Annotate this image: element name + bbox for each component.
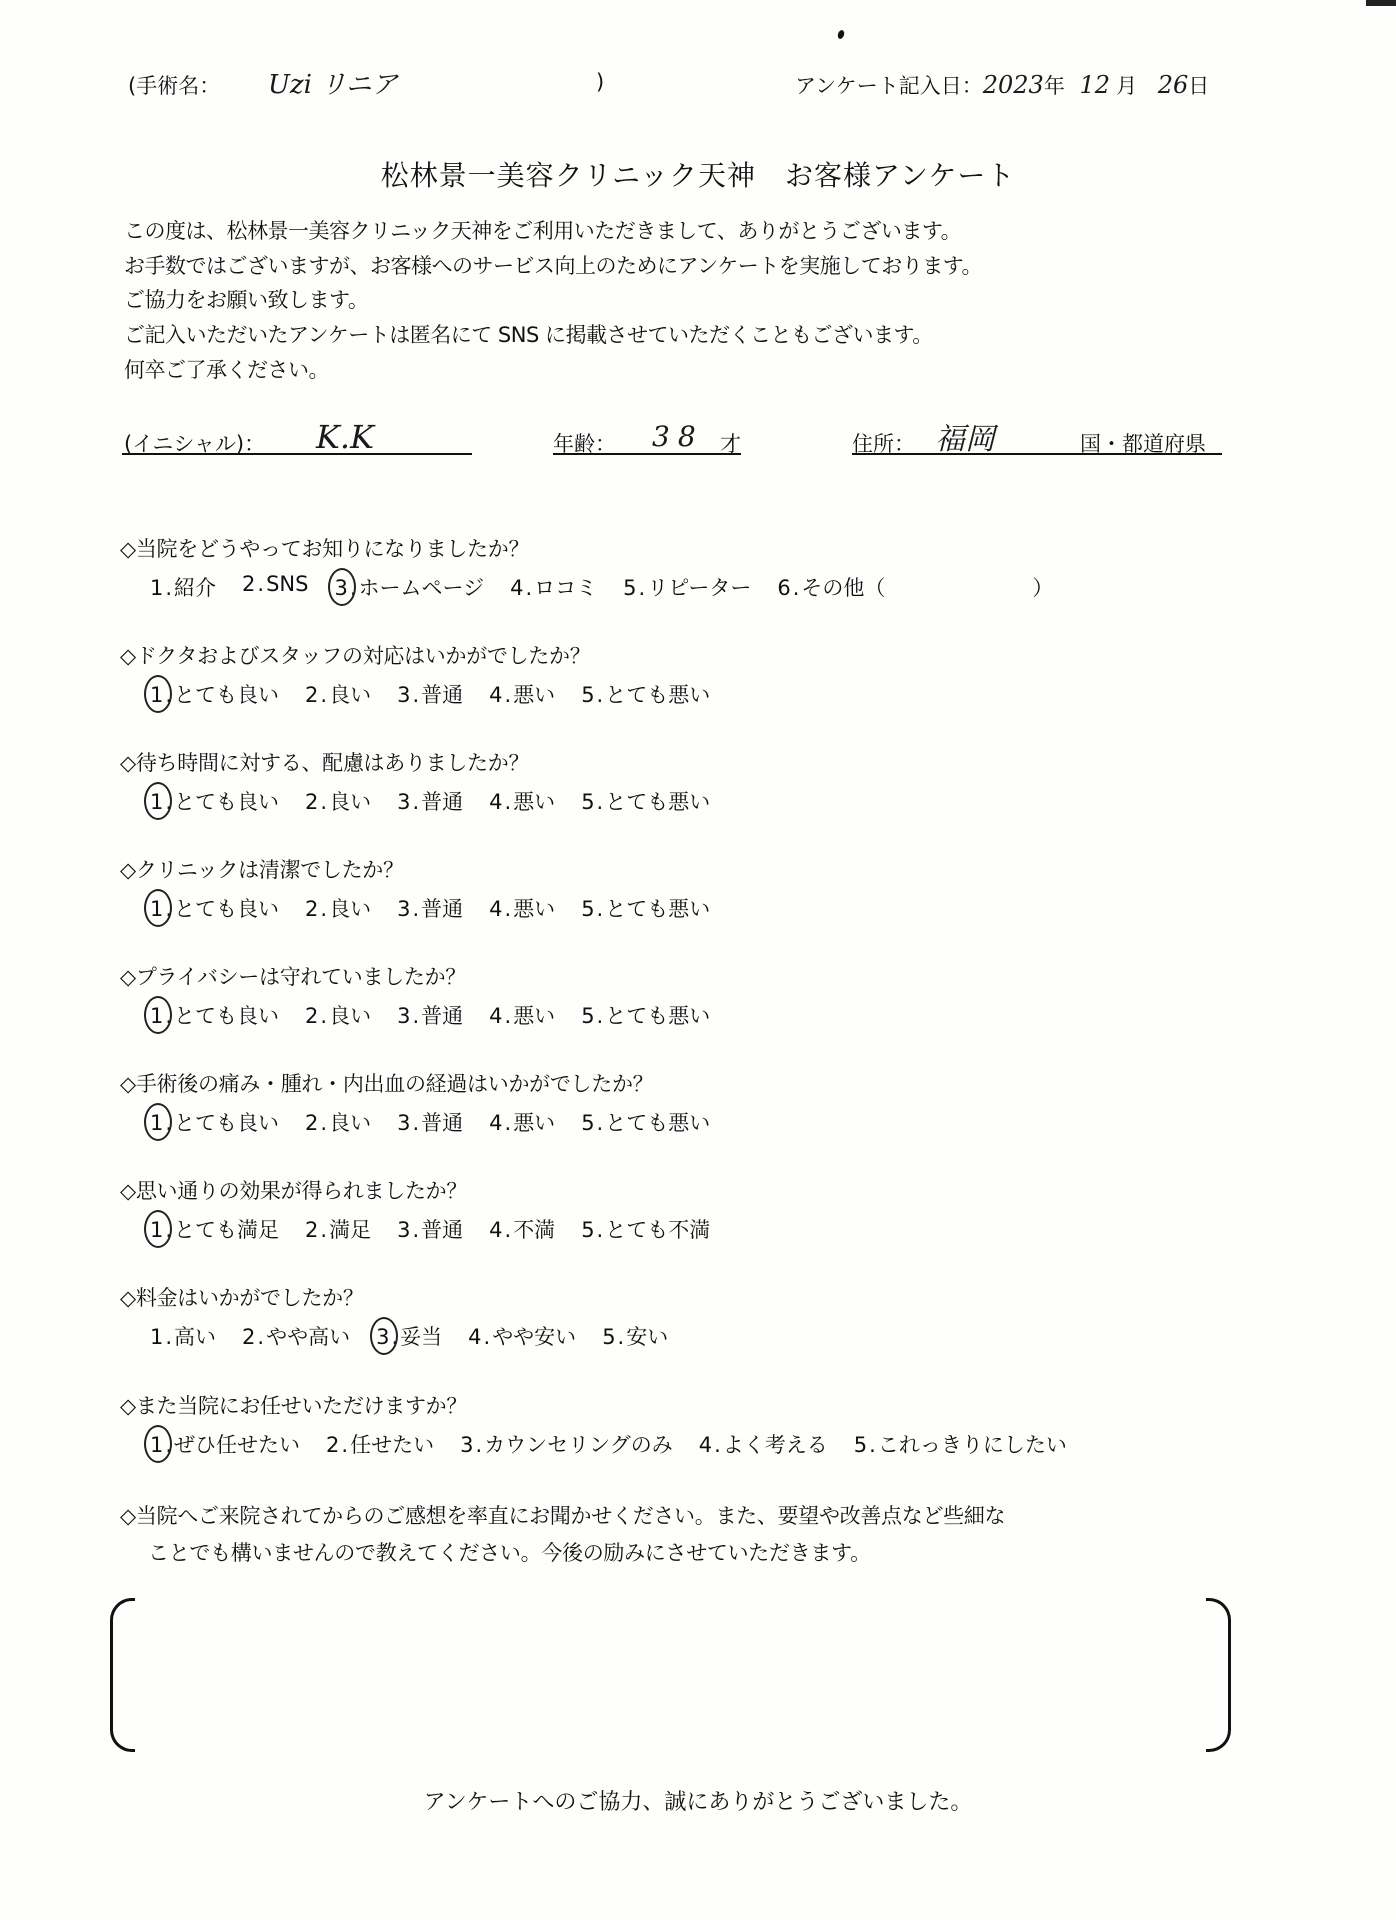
option-number: 5.	[854, 1433, 878, 1457]
question-8-option-1[interactable]: 1.高い	[150, 1321, 216, 1351]
question-3-options: 1.とても良い2.良い3.普通4.悪い5.とても悪い	[150, 786, 736, 816]
question-4-option-4[interactable]: 4.悪い	[489, 893, 555, 923]
question-6-option-4[interactable]: 4.悪い	[489, 1107, 555, 1137]
option-number: 4.	[489, 1218, 513, 1242]
month-suffix: 月	[1116, 74, 1137, 98]
question-5-option-3[interactable]: 3.普通	[397, 1000, 463, 1030]
option-number: 1.	[150, 790, 174, 814]
option-label: 悪い	[513, 897, 555, 921]
question-7-option-4[interactable]: 4.不満	[489, 1214, 555, 1244]
option-label: 不満	[513, 1218, 555, 1242]
date-month[interactable]: 12	[1080, 71, 1111, 99]
option-number: 3.	[460, 1433, 484, 1457]
option-label: とても悪い	[605, 897, 710, 921]
option-label: とても良い	[174, 1111, 279, 1135]
question-3-option-5[interactable]: 5.とても悪い	[581, 786, 710, 816]
option-number: 5.	[581, 1004, 605, 1028]
initial-underline	[122, 453, 472, 455]
option-label: 満足	[329, 1218, 371, 1242]
question-2-option-3[interactable]: 3.普通	[397, 679, 463, 709]
question-4-option-5[interactable]: 5.とても悪い	[581, 893, 710, 923]
option-number: 3.	[397, 1004, 421, 1028]
ink-mark	[837, 29, 846, 40]
option-number: 5.	[581, 1218, 605, 1242]
question-3-option-1[interactable]: 1.とても良い	[150, 786, 279, 816]
option-number: 4.	[489, 897, 513, 921]
question-8-option-3[interactable]: 3.妥当	[376, 1321, 442, 1351]
question-3-text: ◇待ち時間に対する、配慮はありましたか？	[120, 747, 529, 777]
question-1-option-6[interactable]: 6.その他（ ）	[777, 572, 1053, 602]
question-1-option-5[interactable]: 5.リピーター	[623, 572, 751, 602]
question-4-text: ◇クリニックは清潔でしたか？	[120, 854, 404, 884]
question-7-option-3[interactable]: 3.普通	[397, 1214, 463, 1244]
option-label: これっきりにしたい	[878, 1433, 1067, 1457]
option-label: カウンセリングのみ	[484, 1433, 673, 1457]
date-label: アンケート記入日：	[795, 74, 983, 98]
question-6-option-5[interactable]: 5.とても悪い	[581, 1107, 710, 1137]
question-6-option-1[interactable]: 1.とても良い	[150, 1107, 279, 1137]
question-1-option-4[interactable]: 4.ロコミ	[510, 572, 597, 602]
option-label: 紹介	[174, 576, 216, 600]
option-number: 5.	[581, 790, 605, 814]
option-label: ホームページ	[359, 576, 485, 600]
option-number: 5.	[602, 1325, 626, 1349]
question-9-text: ◇また当院にお任せいただけますか？	[120, 1390, 467, 1420]
option-label: やや高い	[266, 1325, 350, 1349]
date-day[interactable]: 26	[1158, 71, 1189, 99]
option-label: とても悪い	[605, 1004, 710, 1028]
option-label: とても不満	[605, 1218, 710, 1242]
question-9-options: 1.ぜひ任せたい2.任せたい3.カウンセリングのみ4.よく考える5.これっきりに…	[150, 1429, 1093, 1459]
thank-you-footer: アンケートへのご協力、誠にありがとうございました。	[0, 1785, 1396, 1816]
question-9-option-4[interactable]: 4.よく考える	[699, 1429, 828, 1459]
option-label: とても良い	[174, 790, 279, 814]
comment-bracket-right	[1206, 1598, 1231, 1752]
intro-line-2: お手数ではございますが、お客様へのサービス向上のためにアンケートを実施しておりま…	[124, 250, 982, 280]
option-label: とても良い	[174, 897, 279, 921]
option-number: 2.	[326, 1433, 350, 1457]
comment-field[interactable]	[150, 1610, 1200, 1730]
option-number: 1.	[150, 897, 174, 921]
option-number: 1.	[150, 1111, 174, 1135]
option-number: 2.	[305, 897, 329, 921]
option-label: その他（ ）	[801, 576, 1053, 600]
procedure-label: (手術名：	[128, 74, 220, 98]
option-number: 4.	[489, 683, 513, 707]
question-9-option-3[interactable]: 3.カウンセリングのみ	[460, 1429, 673, 1459]
option-number: 4.	[489, 790, 513, 814]
address-underline	[852, 453, 1222, 455]
question-6-option-3[interactable]: 3.普通	[397, 1107, 463, 1137]
option-label: とても悪い	[605, 790, 710, 814]
question-5-text: ◇プライバシーは守れていましたか？	[120, 961, 466, 991]
option-number: 4.	[510, 576, 534, 600]
question-8-options: 1.高い2.やや高い3.妥当4.やや安い5.安い	[150, 1321, 694, 1351]
question-9-option-1[interactable]: 1.ぜひ任せたい	[150, 1429, 300, 1459]
option-label: とても良い	[174, 683, 279, 707]
option-number: 4.	[468, 1325, 492, 1349]
intro-line-5: 何卒ご了承ください。	[124, 354, 329, 384]
question-2-option-2[interactable]: 2.良い	[305, 679, 371, 709]
comment-prompt-line-2: ことでも構いませんので教えてください。今後の励みにさせていただきます。	[148, 1537, 871, 1567]
option-number: 2.	[305, 683, 329, 707]
option-number: 5.	[581, 897, 605, 921]
option-label: 悪い	[513, 1004, 555, 1028]
question-8-text: ◇料金はいかがでしたか？	[120, 1282, 364, 1312]
page-title: 松林景一美容クリニック天神 お客様アンケート	[0, 154, 1396, 194]
option-label: 普通	[421, 1111, 463, 1135]
option-number: 1.	[150, 1218, 174, 1242]
option-number: 2.	[305, 1218, 329, 1242]
question-6-options: 1.とても良い2.良い3.普通4.悪い5.とても悪い	[150, 1107, 736, 1137]
age-underline	[553, 453, 741, 455]
option-number: 3.	[397, 1218, 421, 1242]
option-number: 5.	[581, 1111, 605, 1135]
scan-artifact	[1366, 0, 1396, 6]
option-label: とても悪い	[605, 1111, 710, 1135]
day-suffix: 日	[1188, 74, 1209, 98]
option-number: 3.	[397, 1111, 421, 1135]
option-label: ロコミ	[534, 576, 597, 600]
option-label: 悪い	[513, 790, 555, 814]
question-8-option-5[interactable]: 5.安い	[602, 1321, 668, 1351]
question-2-option-5[interactable]: 5.とても悪い	[581, 679, 710, 709]
question-3-option-2[interactable]: 2.良い	[305, 786, 371, 816]
question-4-option-3[interactable]: 3.普通	[397, 893, 463, 923]
intro-line-4: ご記入いただいたアンケートは匿名にて SNS に掲載させていただくこともございま…	[124, 319, 933, 349]
option-number: 2.	[305, 1111, 329, 1135]
option-number: 2.	[242, 1325, 266, 1349]
option-label: 普通	[421, 897, 463, 921]
question-7-text: ◇思い通りの効果が得られましたか？	[120, 1175, 467, 1205]
option-number: 2.	[242, 572, 266, 596]
question-1-option-1[interactable]: 1.紹介	[150, 572, 216, 602]
question-3-option-4[interactable]: 4.悪い	[489, 786, 555, 816]
option-label: 良い	[329, 683, 371, 707]
option-label: 普通	[421, 1004, 463, 1028]
question-5-option-1[interactable]: 1.とても良い	[150, 1000, 279, 1030]
option-label: とても悪い	[605, 683, 710, 707]
intro-line-3: ご協力をお願い致します。	[124, 284, 368, 314]
question-4-option-1[interactable]: 1.とても良い	[150, 893, 279, 923]
option-label: とても満足	[174, 1218, 279, 1242]
option-number: 1.	[150, 1433, 174, 1457]
question-9-option-2[interactable]: 2.任せたい	[326, 1429, 434, 1459]
option-number: 5.	[623, 576, 647, 600]
option-number: 1.	[150, 1004, 174, 1028]
option-label: 悪い	[513, 1111, 555, 1135]
date-year[interactable]: 2023	[983, 71, 1044, 99]
procedure-value[interactable]: Uzi リニア	[268, 64, 398, 101]
question-8-option-4[interactable]: 4.やや安い	[468, 1321, 576, 1351]
option-number: 3.	[334, 576, 358, 600]
question-1-option-2[interactable]: 2.SNS	[242, 572, 308, 602]
question-7-options: 1.とても満足2.満足3.普通4.不満5.とても不満	[150, 1214, 736, 1244]
year-suffix: 年	[1044, 74, 1065, 98]
option-label: よく考える	[723, 1433, 828, 1457]
question-1-options: 1.紹介2.SNS3.ホームページ4.ロコミ5.リピーター6.その他（ ）	[150, 572, 1079, 602]
option-label: 安い	[626, 1325, 668, 1349]
question-5-option-5[interactable]: 5.とても悪い	[581, 1000, 710, 1030]
option-number: 4.	[699, 1433, 723, 1457]
option-label: とても良い	[174, 1004, 279, 1028]
address-field[interactable]: 福岡	[935, 414, 995, 458]
option-number: 3.	[397, 897, 421, 921]
question-5-option-4[interactable]: 4.悪い	[489, 1000, 555, 1030]
initial-field[interactable]: K.K	[316, 418, 374, 456]
question-4-options: 1.とても良い2.良い3.普通4.悪い5.とても悪い	[150, 893, 736, 923]
option-label: 妥当	[400, 1325, 442, 1349]
option-label: 良い	[329, 1111, 371, 1135]
question-7-option-1[interactable]: 1.とても満足	[150, 1214, 279, 1244]
option-label: 良い	[329, 790, 371, 814]
option-label: 良い	[329, 1004, 371, 1028]
question-2-text: ◇ドクタおよびスタッフの対応はいかがでしたか？	[120, 640, 590, 670]
option-number: 1.	[150, 1325, 174, 1349]
procedure-close: )	[596, 70, 604, 94]
survey-date: アンケート記入日：2023年 12月 26日	[795, 70, 1209, 100]
option-number: 1.	[150, 683, 174, 707]
question-9-option-5[interactable]: 5.これっきりにしたい	[854, 1429, 1067, 1459]
option-label: リピーター	[647, 576, 751, 600]
option-number: 4.	[489, 1111, 513, 1135]
question-6-text: ◇手術後の痛み・腫れ・内出血の経過はいかがでしたか？	[120, 1068, 653, 1098]
intro-line-1: この度は、松林景一美容クリニック天神をご利用いただきまして、ありがとうございます…	[124, 215, 961, 245]
comment-bracket-left	[110, 1598, 135, 1752]
option-label: 高い	[174, 1325, 216, 1349]
option-label: 普通	[421, 683, 463, 707]
option-number: 2.	[305, 790, 329, 814]
option-number: 5.	[581, 683, 605, 707]
option-label: 任せたい	[350, 1433, 434, 1457]
question-2-options: 1.とても良い2.良い3.普通4.悪い5.とても悪い	[150, 679, 736, 709]
option-number: 3.	[397, 683, 421, 707]
option-number: 1.	[150, 576, 174, 600]
option-number: 6.	[777, 576, 801, 600]
question-6-option-2[interactable]: 2.良い	[305, 1107, 371, 1137]
question-4-option-2[interactable]: 2.良い	[305, 893, 371, 923]
option-label: やや安い	[492, 1325, 576, 1349]
question-2-option-1[interactable]: 1.とても良い	[150, 679, 279, 709]
comment-prompt-line-1: ◇当院へご来院されてからのご感想を率直にお聞かせください。また、要望や改善点など…	[120, 1500, 1005, 1530]
option-label: 良い	[329, 897, 371, 921]
option-label: ぜひ任せたい	[174, 1433, 300, 1457]
procedure-field: (手術名：	[128, 70, 220, 100]
question-5-options: 1.とても良い2.良い3.普通4.悪い5.とても悪い	[150, 1000, 736, 1030]
option-number: 3.	[376, 1325, 400, 1349]
option-label: SNS	[266, 572, 308, 596]
question-1-option-3[interactable]: 3.ホームページ	[334, 572, 484, 602]
option-label: 普通	[421, 790, 463, 814]
option-number: 3.	[397, 790, 421, 814]
option-label: 悪い	[513, 683, 555, 707]
age-field[interactable]: 38	[652, 420, 704, 453]
question-8-option-2[interactable]: 2.やや高い	[242, 1321, 350, 1351]
question-2-option-4[interactable]: 4.悪い	[489, 679, 555, 709]
question-5-option-2[interactable]: 2.良い	[305, 1000, 371, 1030]
option-number: 4.	[489, 1004, 513, 1028]
question-7-option-5[interactable]: 5.とても不満	[581, 1214, 710, 1244]
question-7-option-2[interactable]: 2.満足	[305, 1214, 371, 1244]
question-3-option-3[interactable]: 3.普通	[397, 786, 463, 816]
option-label: 普通	[421, 1218, 463, 1242]
option-number: 2.	[305, 1004, 329, 1028]
question-1-text: ◇当院をどうやってお知りになりましたか？	[120, 533, 529, 563]
